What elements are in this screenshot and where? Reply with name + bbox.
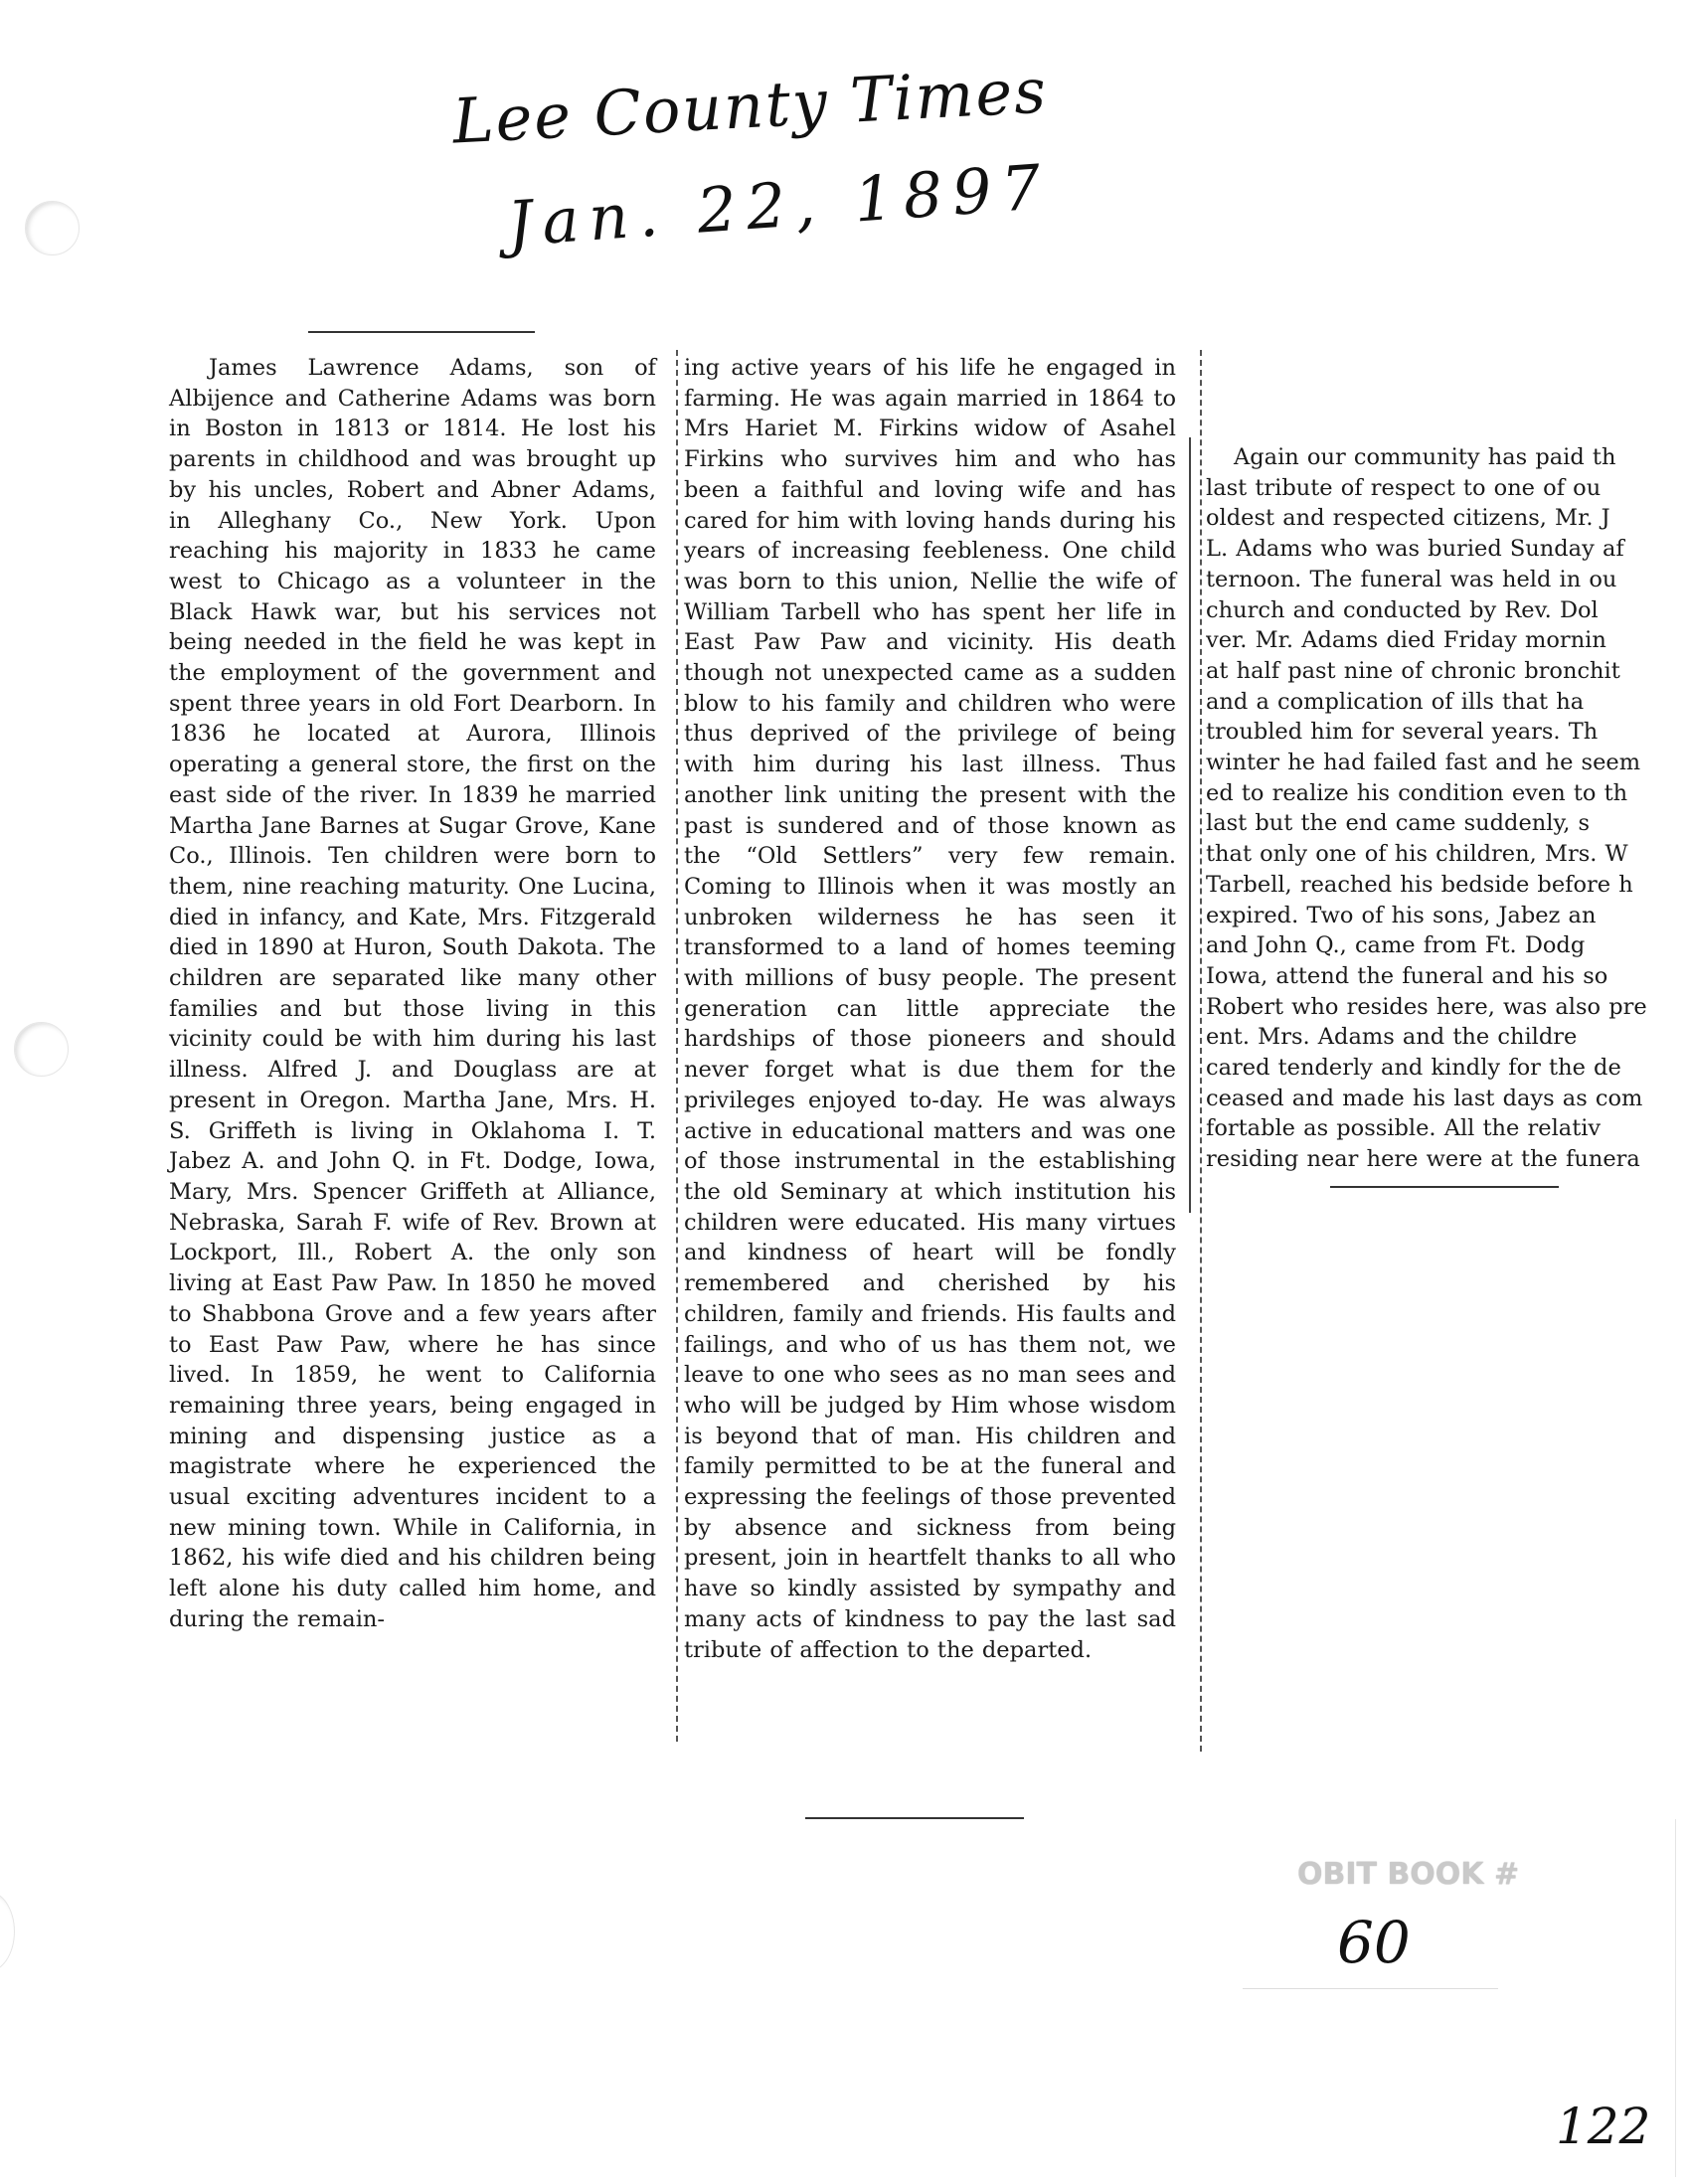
notice-line: ceased and made his last days as com — [1206, 1084, 1688, 1114]
column-separator — [676, 350, 678, 1742]
handwritten-page-number: 122 — [1556, 2098, 1650, 2155]
obituary-paragraph: James Lawrence Adams, son of Albijence a… — [169, 353, 656, 1635]
paper-edge — [1675, 1819, 1676, 2177]
punch-hole — [25, 201, 80, 255]
notice-line: L. Adams who was buried Sunday af — [1206, 534, 1688, 565]
notice-line: last but the end came suddenly, s — [1206, 808, 1688, 839]
notice-line: church and conducted by Rev. Dol — [1206, 595, 1688, 626]
article-end-rule — [1330, 1186, 1559, 1188]
notice-line: that only one of his children, Mrs. W — [1206, 839, 1688, 870]
notice-line: winter he had failed fast and he seem — [1206, 748, 1688, 778]
notice-line: residing near here were at the funera — [1206, 1144, 1688, 1175]
handwritten-newspaper-name: Lee County Times — [451, 54, 1050, 157]
notice-line: Iowa, attend the funeral and his so — [1206, 961, 1688, 992]
notice-line: ent. Mrs. Adams and the childre — [1206, 1022, 1688, 1053]
obituary-column-1: James Lawrence Adams, son of Albijence a… — [169, 353, 656, 1635]
column-divider-rule — [308, 331, 535, 333]
notice-line: at half past nine of chronic bronchit — [1206, 656, 1688, 687]
notice-line: Tarbell, reached his bedside before h — [1206, 870, 1688, 901]
notice-line: Again our community has paid th — [1206, 442, 1688, 473]
notice-line: and a complication of ills that ha — [1206, 687, 1688, 718]
punch-hole — [0, 1891, 15, 1972]
notice-line: ver. Mr. Adams died Friday mornin — [1206, 625, 1688, 656]
funeral-notice-column: Again our community has paid thlast trib… — [1206, 442, 1688, 1175]
obituary-column-2: ing active years of his life he engaged … — [684, 353, 1176, 1665]
notice-line: ternoon. The funeral was held in ou — [1206, 565, 1688, 595]
notice-line: oldest and respected citizens, Mr. J — [1206, 503, 1688, 534]
notice-line: troubled him for several years. Th — [1206, 717, 1688, 748]
notice-line: last tribute of respect to one of ou — [1206, 473, 1688, 504]
notice-line: and John Q., came from Ft. Dodg — [1206, 930, 1688, 961]
article-end-rule — [805, 1817, 1024, 1819]
notice-line: expired. Two of his sons, Jabez an — [1206, 901, 1688, 931]
column-border — [1189, 437, 1191, 1213]
notice-line: ed to realize his condition even to th — [1206, 778, 1688, 809]
stamp-rule — [1243, 1988, 1498, 1989]
handwritten-book-number: 60 — [1337, 1909, 1411, 1976]
notice-line: Robert who resides here, was also pre — [1206, 992, 1688, 1023]
obit-book-stamp: OBIT BOOK # — [1297, 1857, 1519, 1892]
handwritten-date: Jan. 22, 1897 — [505, 150, 1053, 260]
obituary-paragraph: ing active years of his life he engaged … — [684, 353, 1176, 1665]
notice-line: fortable as possible. All the relativ — [1206, 1113, 1688, 1144]
punch-hole — [14, 1022, 69, 1077]
notice-line: cared tenderly and kindly for the de — [1206, 1053, 1688, 1084]
column-separator — [1200, 350, 1202, 1752]
